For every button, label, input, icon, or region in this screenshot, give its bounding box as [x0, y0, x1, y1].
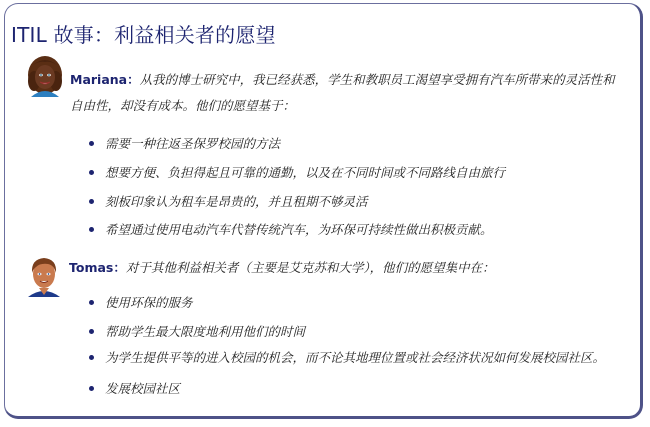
bullet-dot-icon [89, 170, 94, 175]
mariana-bullet-2: 想要方便、负担得起且可靠的通勤，以及在不同时间或不同路线自由旅行 [105, 163, 505, 181]
tomas-bullet-3: 为学生提供平等的进入校园的机会，而不论其地理位置或社会经济状况如何发展校园社区。 [105, 348, 605, 366]
bullet-dot-icon [89, 386, 94, 391]
tomas-text: 对于其他利益相关者（主要是艾克苏和大学），他们的愿望集中在： [126, 260, 495, 275]
mariana-bullet-4: 希望通过使用电动汽车代替传统汽车，为环保可持续性做出积极贡献。 [105, 220, 493, 238]
bullet-dot-icon [89, 141, 94, 146]
bullet-dot-icon [89, 227, 94, 232]
mariana-text-line1: 从我的博士研究中，我已经获悉，学生和教职员工渴望享受拥有汽车所带来的灵活性和 [140, 72, 615, 87]
mariana-text-line2: 自由性，却没有成本。他们的愿望基于： [70, 96, 295, 114]
mariana-statement: Mariana：从我的博士研究中，我已经获悉，学生和教职员工渴望享受拥有汽车所带… [70, 70, 615, 88]
bullet-dot-icon [89, 355, 94, 360]
avatar-mariana-icon [25, 55, 65, 97]
tomas-statement: Tomas：对于其他利益相关者（主要是艾克苏和大学），他们的愿望集中在： [69, 258, 495, 276]
speaker-name-mariana: Mariana： [70, 72, 140, 87]
tomas-bullet-2: 帮助学生最大限度地利用他们的时间 [105, 322, 305, 340]
tomas-bullet-4: 发展校园社区 [105, 379, 180, 397]
speaker-name-tomas: Tomas： [69, 260, 126, 275]
avatar-tomas-icon [24, 255, 64, 297]
bullet-dot-icon [89, 300, 94, 305]
tomas-bullet-1: 使用环保的服务 [105, 293, 193, 311]
page-title: ITIL 故事：利益相关者的愿望 [11, 19, 276, 48]
bullet-dot-icon [89, 199, 94, 204]
mariana-bullet-1: 需要一种往返圣保罗校园的方法 [105, 134, 280, 152]
mariana-bullet-3: 刻板印象认为租车是昂贵的，并且租期不够灵活 [105, 192, 368, 210]
bullet-dot-icon [89, 329, 94, 334]
